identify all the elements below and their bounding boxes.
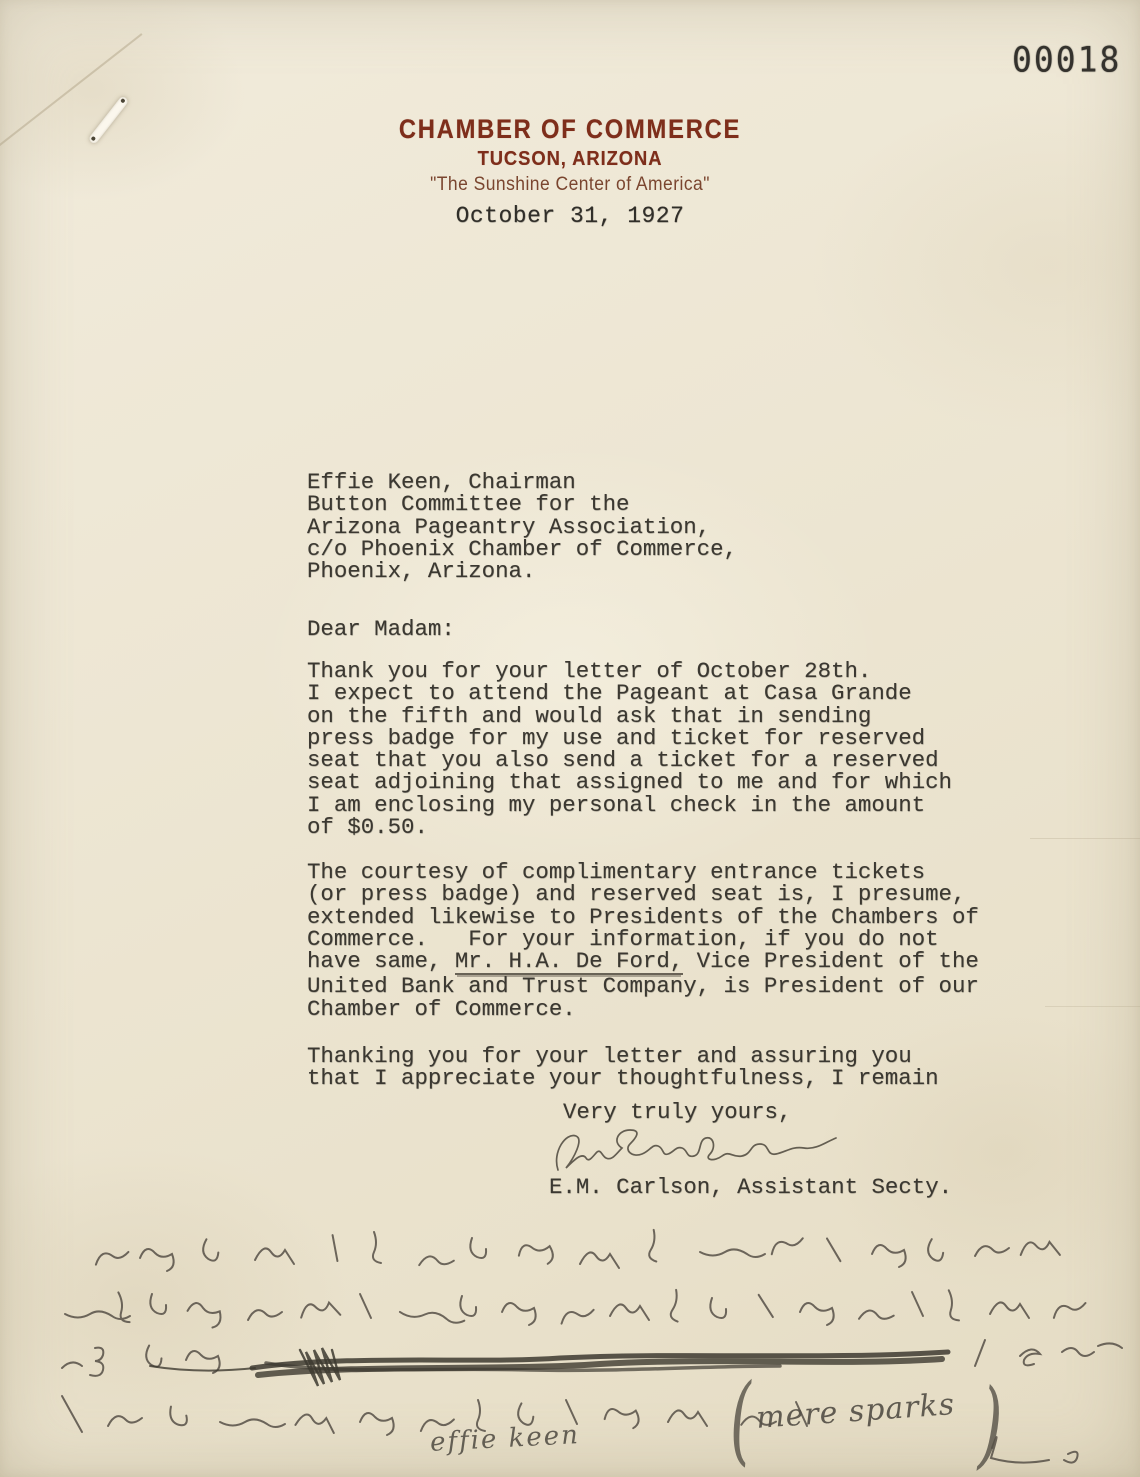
body-line: seat adjoining that assigned to me and f…: [307, 771, 952, 793]
handwritten-signature: EMCarlson: [552, 1118, 852, 1180]
body-line: (or press badge) and reserved seat is, I…: [307, 883, 979, 905]
organization-name: CHAMBER OF COMMERCE: [68, 114, 1071, 145]
recipient-line: Arizona Pageantry Association,: [307, 516, 737, 538]
recipient-address-block: Effie Keen, Chairman Button Committee fo…: [307, 471, 737, 582]
body-line: that I appreciate your thoughtfulness, I…: [307, 1067, 939, 1089]
body-line: of $0.50.: [307, 816, 952, 838]
salutation: Dear Madam:: [307, 618, 455, 640]
body-line: I am enclosing my personal check in the …: [307, 794, 952, 816]
body-line: I expect to attend the Pageant at Casa G…: [307, 682, 952, 704]
paragraph-2: The courtesy of complimentary entrance t…: [307, 861, 979, 1020]
body-line-with-underline: have same, Mr. H.A. De Ford, Vice Presid…: [307, 950, 979, 975]
body-line: Commerce. For your information, if you d…: [307, 928, 979, 950]
body-line: The courtesy of complimentary entrance t…: [307, 861, 979, 883]
recipient-line: Button Committee for the: [307, 493, 737, 515]
document-number-stamp: 00018: [1012, 39, 1121, 80]
organization-location: TUCSON, ARIZONA: [46, 148, 1095, 171]
body-line: on the fifth and would ask that in sendi…: [307, 705, 952, 727]
scanned-letter-page: 00018 CHAMBER OF COMMERCE TUCSON, ARIZON…: [0, 0, 1140, 1477]
recipient-line: Effie Keen, Chairman: [307, 471, 737, 493]
letter-date: October 31, 1927: [0, 203, 1140, 229]
body-line: extended likewise to Presidents of the C…: [307, 906, 979, 928]
body-line: press badge for my use and ticket for re…: [307, 727, 952, 749]
letterhead: CHAMBER OF COMMERCE TUCSON, ARIZONA "The…: [0, 114, 1140, 229]
body-line: Thank you for your letter of October 28t…: [307, 660, 952, 682]
pencil-underlined-name: Mr. H.A. De Ford,: [455, 950, 683, 975]
paper-fold-mark: [1045, 1006, 1140, 1007]
organization-tagline: "The Sunshine Center of America": [46, 174, 1095, 196]
body-line: seat that you also send a ticket for a r…: [307, 749, 952, 771]
shorthand-pencil-notes: [0, 1218, 1140, 1477]
paper-fold-mark: [1030, 838, 1140, 839]
paragraph-3: Thanking you for your letter and assurin…: [307, 1045, 939, 1090]
body-line: Chamber of Commerce.: [307, 998, 979, 1020]
body-line: United Bank and Trust Company, is Presid…: [307, 975, 979, 997]
paragraph-1: Thank you for your letter of October 28t…: [307, 660, 952, 838]
body-line: Thanking you for your letter and assurin…: [307, 1045, 939, 1067]
typed-signature: E.M. Carlson, Assistant Secty.: [549, 1176, 952, 1198]
recipient-line: c/o Phoenix Chamber of Commerce,: [307, 538, 737, 560]
recipient-line: Phoenix, Arizona.: [307, 560, 737, 582]
